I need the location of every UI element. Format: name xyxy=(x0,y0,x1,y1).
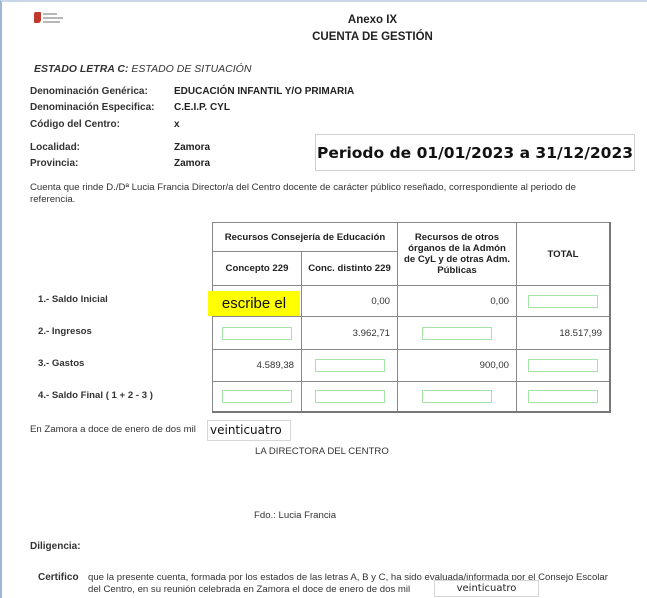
info-label-codigo: Código del Centro: xyxy=(30,119,120,130)
info-label-generica: Denominación Genérica: xyxy=(30,86,148,97)
cell-concepto xyxy=(213,317,302,350)
table-row-ingresos: 3.962,71 18.517,99 xyxy=(213,317,611,350)
info-label-provincia: Provincia: xyxy=(30,158,78,169)
info-value-provincia: Zamora xyxy=(174,158,210,169)
info-value-especifica: C.E.I.P. CYL xyxy=(174,102,230,113)
cell-distinto: 3.962,71 xyxy=(302,317,398,350)
input-concepto-saldo-final[interactable] xyxy=(222,390,292,403)
annotation-highlight: escribe el xyxy=(208,291,300,316)
header-concepto-229: Concepto 229 xyxy=(213,252,302,286)
diligencia-heading: Diligencia: xyxy=(30,541,81,552)
cell-distinto xyxy=(302,382,398,412)
place-date-text: En Zamora a doce de enero de dos mil xyxy=(30,424,196,435)
cell-concepto: 4.589,38 xyxy=(213,350,302,382)
signature-line: Fdo.: Lucia Francia xyxy=(254,510,336,521)
input-otros-saldo-final[interactable] xyxy=(422,390,492,403)
cell-distinto: 0,00 xyxy=(302,286,398,317)
row-label-saldo-inicial: 1.- Saldo Inicial xyxy=(38,294,108,305)
certifico-label: Certifico xyxy=(38,572,79,583)
input-total-saldo-inicial[interactable] xyxy=(528,295,598,308)
certifico-text-line2: del Centro, en su reunión celebrada en Z… xyxy=(88,584,410,595)
input-concepto-ingresos[interactable] xyxy=(222,327,292,340)
row-label-saldo-final: 4.- Saldo Final ( 1 + 2 - 3 ) xyxy=(38,390,153,401)
cell-otros xyxy=(398,382,517,412)
input-distinto-gastos[interactable] xyxy=(315,359,385,372)
estado-label: ESTADO LETRA C: xyxy=(34,63,129,75)
year-input-1[interactable]: veinticuatro xyxy=(207,420,291,441)
cell-total xyxy=(517,286,611,317)
header-total: TOTAL xyxy=(517,223,611,286)
info-label-especifica: Denominación Especifica: xyxy=(30,102,154,113)
cell-otros xyxy=(398,317,517,350)
input-otros-ingresos[interactable] xyxy=(422,327,492,340)
header-recursos-consejeria: Recursos Consejería de Educación xyxy=(213,223,398,252)
header-conc-distinto: Conc. distinto 229 xyxy=(302,252,398,286)
document-title: CUENTA DE GESTIÓN xyxy=(0,31,647,43)
estado-value: ESTADO DE SITUACIÓN xyxy=(131,63,251,75)
cuenta-table: Recursos Consejería de Educación Recurso… xyxy=(212,222,611,413)
cell-total xyxy=(517,382,611,412)
input-distinto-saldo-final[interactable] xyxy=(315,390,385,403)
cell-otros: 900,00 xyxy=(398,350,517,382)
table-row-saldo-final xyxy=(213,382,611,412)
intro-paragraph: Cuenta que rinde D./Dª Lucia Francia Dir… xyxy=(30,182,620,206)
info-label-localidad: Localidad: xyxy=(30,142,80,153)
info-value-generica: EDUCACIÓN INFANTIL Y/O PRIMARIA xyxy=(174,86,354,97)
row-label-gastos: 3.- Gastos xyxy=(38,358,84,369)
periodo-box: Periodo de 01/01/2023 a 31/12/2023 xyxy=(315,134,635,171)
cell-total xyxy=(517,350,611,382)
annex-title: Anexo IX xyxy=(0,14,647,26)
input-total-saldo-final[interactable] xyxy=(528,390,598,403)
table-row-gastos: 4.589,38 900,00 xyxy=(213,350,611,382)
row-label-ingresos: 2.- Ingresos xyxy=(38,326,92,337)
info-value-localidad: Zamora xyxy=(174,142,210,153)
info-value-codigo: x xyxy=(174,119,180,130)
estado-heading: ESTADO LETRA C: ESTADO DE SITUACIÓN xyxy=(34,63,251,75)
year-input-2[interactable]: veinticuatro xyxy=(434,580,539,597)
header-recursos-otros: Recursos de otros órganos de la Admón de… xyxy=(398,223,517,286)
cell-concepto xyxy=(213,382,302,412)
cell-total: 18.517,99 xyxy=(517,317,611,350)
cell-distinto xyxy=(302,350,398,382)
signer-title: LA DIRECTORA DEL CENTRO xyxy=(255,446,389,457)
cell-otros: 0,00 xyxy=(398,286,517,317)
input-total-gastos[interactable] xyxy=(528,359,598,372)
